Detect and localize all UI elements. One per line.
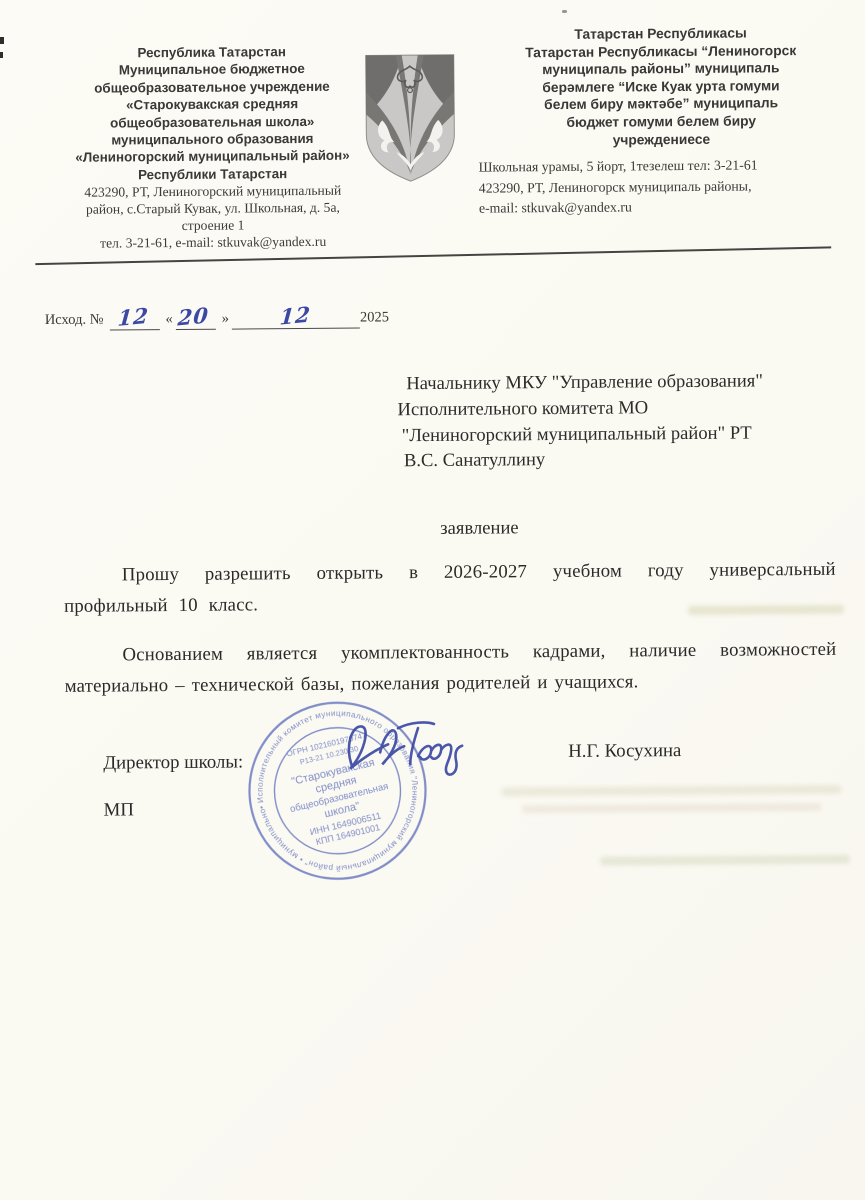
- recipient-line: Исполнительного комитета МО: [397, 394, 847, 423]
- org-address-tt-line: e-mail: stkuvak@yandex.ru: [479, 196, 859, 219]
- reference-number-blank: 12: [109, 309, 159, 330]
- bleedthrough-smudge: [522, 803, 822, 813]
- outgoing-reference-line: Исход. № 12 « 20 » 12 2025: [45, 300, 389, 331]
- org-address-tt: Школьная урамы, 5 йорт, 1тезелеш тел: 3-…: [465, 155, 859, 220]
- header-tatar-block: Татарстан Республикасы Татарстан Республ…: [463, 24, 859, 220]
- scan-dust-speck: [562, 10, 567, 13]
- close-quote: »: [216, 311, 232, 330]
- director-signature-ink: [334, 708, 485, 791]
- org-name-tt-line: учреждениесе: [464, 129, 858, 150]
- signer-name: Н.Г. Косухина: [568, 740, 681, 763]
- reference-prefix: Исход. №: [45, 312, 104, 331]
- seal-place-label: МП: [104, 799, 134, 821]
- bleedthrough-smudge: [600, 855, 850, 866]
- scanned-letter-page: Республика Татарстан Муниципальное бюдже…: [0, 0, 865, 1200]
- coat-of-arms-icon: [362, 52, 459, 185]
- recipient-block: Начальнику МКУ "Управление образования" …: [397, 368, 848, 475]
- recipient-line: В.С. Санатуллину: [398, 445, 848, 474]
- reference-day-blank: 20: [176, 309, 216, 330]
- scan-edge-speck: [0, 52, 3, 58]
- reference-month-blank: 12: [232, 308, 360, 330]
- header-russian-block: Республика Татарстан Муниципальное бюдже…: [56, 42, 370, 252]
- bleedthrough-smudge: [501, 785, 841, 797]
- handwritten-month: 12: [279, 301, 312, 329]
- org-name-ru-line: «Лениногорский муниципальный район»: [56, 147, 368, 167]
- signer-position-label: Директор школы:: [103, 751, 243, 774]
- document-title: заявление: [0, 514, 865, 544]
- org-address-ru-line: тел. 3-21-61, e-mail: stkuvak@yandex.ru: [57, 233, 369, 252]
- handwritten-day: 20: [177, 302, 210, 330]
- org-name-ru-line: общеобразовательное учреждение: [56, 77, 368, 97]
- recipient-line: Начальнику МКУ "Управление образования": [397, 368, 847, 397]
- reference-year: 2025: [360, 309, 389, 328]
- scan-skew-wrapper: Республика Татарстан Муниципальное бюдже…: [0, 0, 865, 1200]
- scan-edge-speck: [0, 37, 4, 44]
- recipient-line: "Лениногорский муниципальный район" РТ: [398, 419, 848, 448]
- handwritten-number: 12: [117, 303, 150, 331]
- org-address-ru-line: район, с.Старый Кувак, ул. Школьная, д. …: [57, 199, 369, 218]
- bleedthrough-smudge: [688, 605, 844, 615]
- open-quote: «: [159, 311, 175, 330]
- body-paragraph-2: Основанием является укомплектованность к…: [64, 634, 836, 702]
